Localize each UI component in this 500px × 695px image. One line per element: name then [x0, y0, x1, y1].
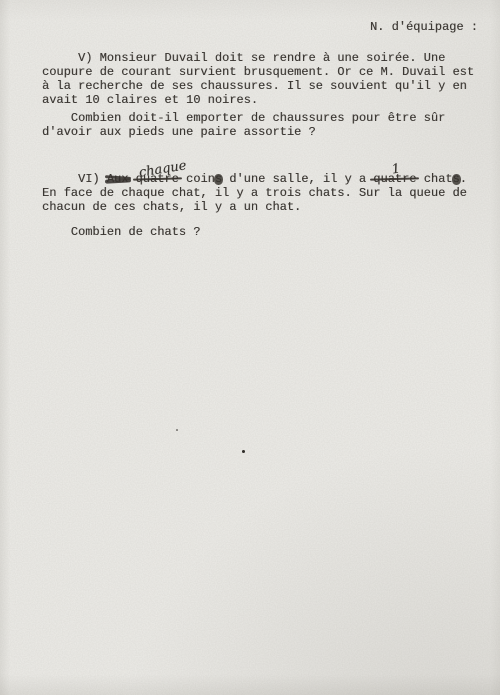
- scanned-document-page: N. d'équipage : V) Monsieur Duvail doit …: [0, 0, 500, 695]
- problem-v-line: V) Monsieur Duvail doit se rendre à une …: [42, 51, 490, 65]
- blotted-plural-s: s: [453, 172, 460, 186]
- problem-v-line: à la recherche de ses chaussures. Il se …: [42, 79, 490, 93]
- problem-vi-line: En face de chaque chat, il y a trois cha…: [42, 186, 490, 200]
- problem-vi-paragraph: VI) Aux quatrechaque coins d'une salle, …: [42, 172, 490, 214]
- problem-vi-question: Combien de chats ?: [42, 225, 490, 239]
- problem-v-line: avait 10 claires et 10 noires.: [42, 93, 490, 107]
- ink-speck: [242, 450, 245, 453]
- problem-vi-line-annotated: VI) Aux quatrechaque coins d'une salle, …: [42, 172, 490, 186]
- struck-word-quatre-2: quatre1: [373, 172, 416, 186]
- problem-v-question: Combien doit-il emporter de chaussures p…: [42, 111, 490, 139]
- scribbled-word-aux: Aux: [107, 172, 129, 186]
- crew-number-label: N. d'équipage :: [0, 20, 478, 34]
- problem-vi-number: VI): [42, 172, 107, 186]
- problem-v-line: coupure de courant survient brusquement.…: [42, 65, 490, 79]
- text-token: chat: [417, 172, 453, 186]
- blotted-plural-s: s: [215, 172, 222, 186]
- text-token: d'une salle, il y a: [222, 172, 373, 186]
- text-token: coin: [179, 172, 215, 186]
- struck-word-quatre: quatrechaque: [136, 172, 179, 186]
- problem-vi-question-line: Combien de chats ?: [42, 225, 490, 239]
- problem-vi-line: chacun de ces chats, il y a un chat.: [42, 200, 490, 214]
- problem-v-question-line: d'avoir aux pieds une paire assortie ?: [42, 125, 490, 139]
- document-content: N. d'équipage : V) Monsieur Duvail doit …: [0, 20, 500, 239]
- problem-v-question-line: Combien doit-il emporter de chaussures p…: [42, 111, 490, 125]
- ink-speck: [176, 429, 178, 431]
- text-token: .: [460, 172, 467, 186]
- text-token: [128, 172, 135, 186]
- handwritten-annotation: 1: [391, 163, 401, 176]
- problem-v-paragraph: V) Monsieur Duvail doit se rendre à une …: [42, 51, 490, 107]
